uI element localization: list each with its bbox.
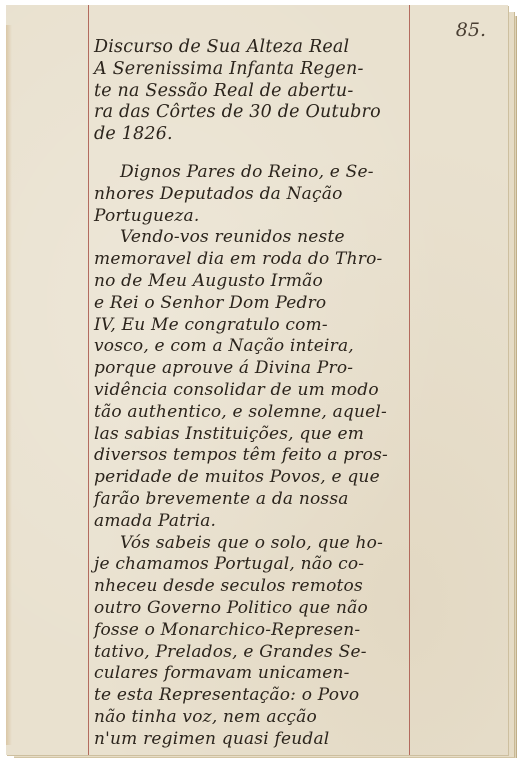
manuscript-line: nheceu desde seculos remotos: [94, 576, 416, 598]
manuscript-line: outro Governo Politico que não: [94, 598, 416, 620]
manuscript-line: diversos tempos têm feito a pros-: [94, 445, 416, 467]
manuscript-line: tão authentico, e solemne, aquel-: [94, 402, 416, 424]
manuscript-line: no de Meu Augusto Irmão: [94, 271, 416, 293]
manuscript-line: não tinha voz, nem acção: [94, 707, 416, 729]
manuscript-line: culares formavam unicamen-: [94, 663, 416, 685]
manuscript-line: vidência consolidar de um modo: [94, 380, 416, 402]
manuscript-line: je chamamos Portugal, não co-: [94, 554, 416, 576]
manuscript-line: memoravel dia em roda do Thro-: [94, 249, 416, 271]
manuscript-line: n'um regimen quasi feudal: [94, 729, 416, 751]
body-text: Dignos Pares do Reino, e Se-nhores Deput…: [94, 162, 416, 751]
manuscript-line: las sabias Instituições, que em: [94, 424, 416, 446]
manuscript-page: 85. Discurso de Sua Alteza Real A Sereni…: [6, 5, 508, 755]
manuscript-line: nhores Deputados da Nação: [94, 184, 416, 206]
manuscript-line: Vendo-vos reunidos neste: [94, 227, 416, 249]
manuscript-scan: 85. Discurso de Sua Alteza Real A Sereni…: [0, 0, 519, 767]
paragraph-gap: [94, 146, 416, 162]
manuscript-line: tativo, Prelados, e Grandes Se-: [94, 642, 416, 664]
title-line: A Serenissima Infanta Regen-: [94, 59, 416, 81]
manuscript-line: peridade de muitos Povos, e que: [94, 467, 416, 489]
title-line: de 1826.: [94, 124, 416, 146]
manuscript-line: e Rei o Senhor Dom Pedro: [94, 293, 416, 315]
manuscript-line: fosse o Monarchico-Represen-: [94, 620, 416, 642]
manuscript-line: farão brevemente a da nossa: [94, 489, 416, 511]
title-line: Discurso de Sua Alteza Real: [94, 37, 416, 59]
left-margin-rule: [88, 5, 89, 755]
title-line: te na Sessão Real de abertu-: [94, 81, 416, 103]
manuscript-text: Discurso de Sua Alteza Real A Serenissim…: [94, 37, 416, 751]
manuscript-line: porque aprouve á Divina Pro-: [94, 358, 416, 380]
manuscript-line: Dignos Pares do Reino, e Se-: [94, 162, 416, 184]
edge-stain: [6, 25, 12, 745]
folio-number: 85.: [456, 19, 486, 41]
manuscript-line: Portugueza.: [94, 206, 416, 228]
manuscript-line: IV, Eu Me congratulo com-: [94, 315, 416, 337]
manuscript-line: Vós sabeis que o solo, que ho-: [94, 533, 416, 555]
manuscript-line: te esta Representação: o Povo: [94, 685, 416, 707]
manuscript-line: amada Patria.: [94, 511, 416, 533]
title-line: ra das Côrtes de 30 de Outubro: [94, 102, 416, 124]
manuscript-line: vosco, e com a Nação inteira,: [94, 336, 416, 358]
